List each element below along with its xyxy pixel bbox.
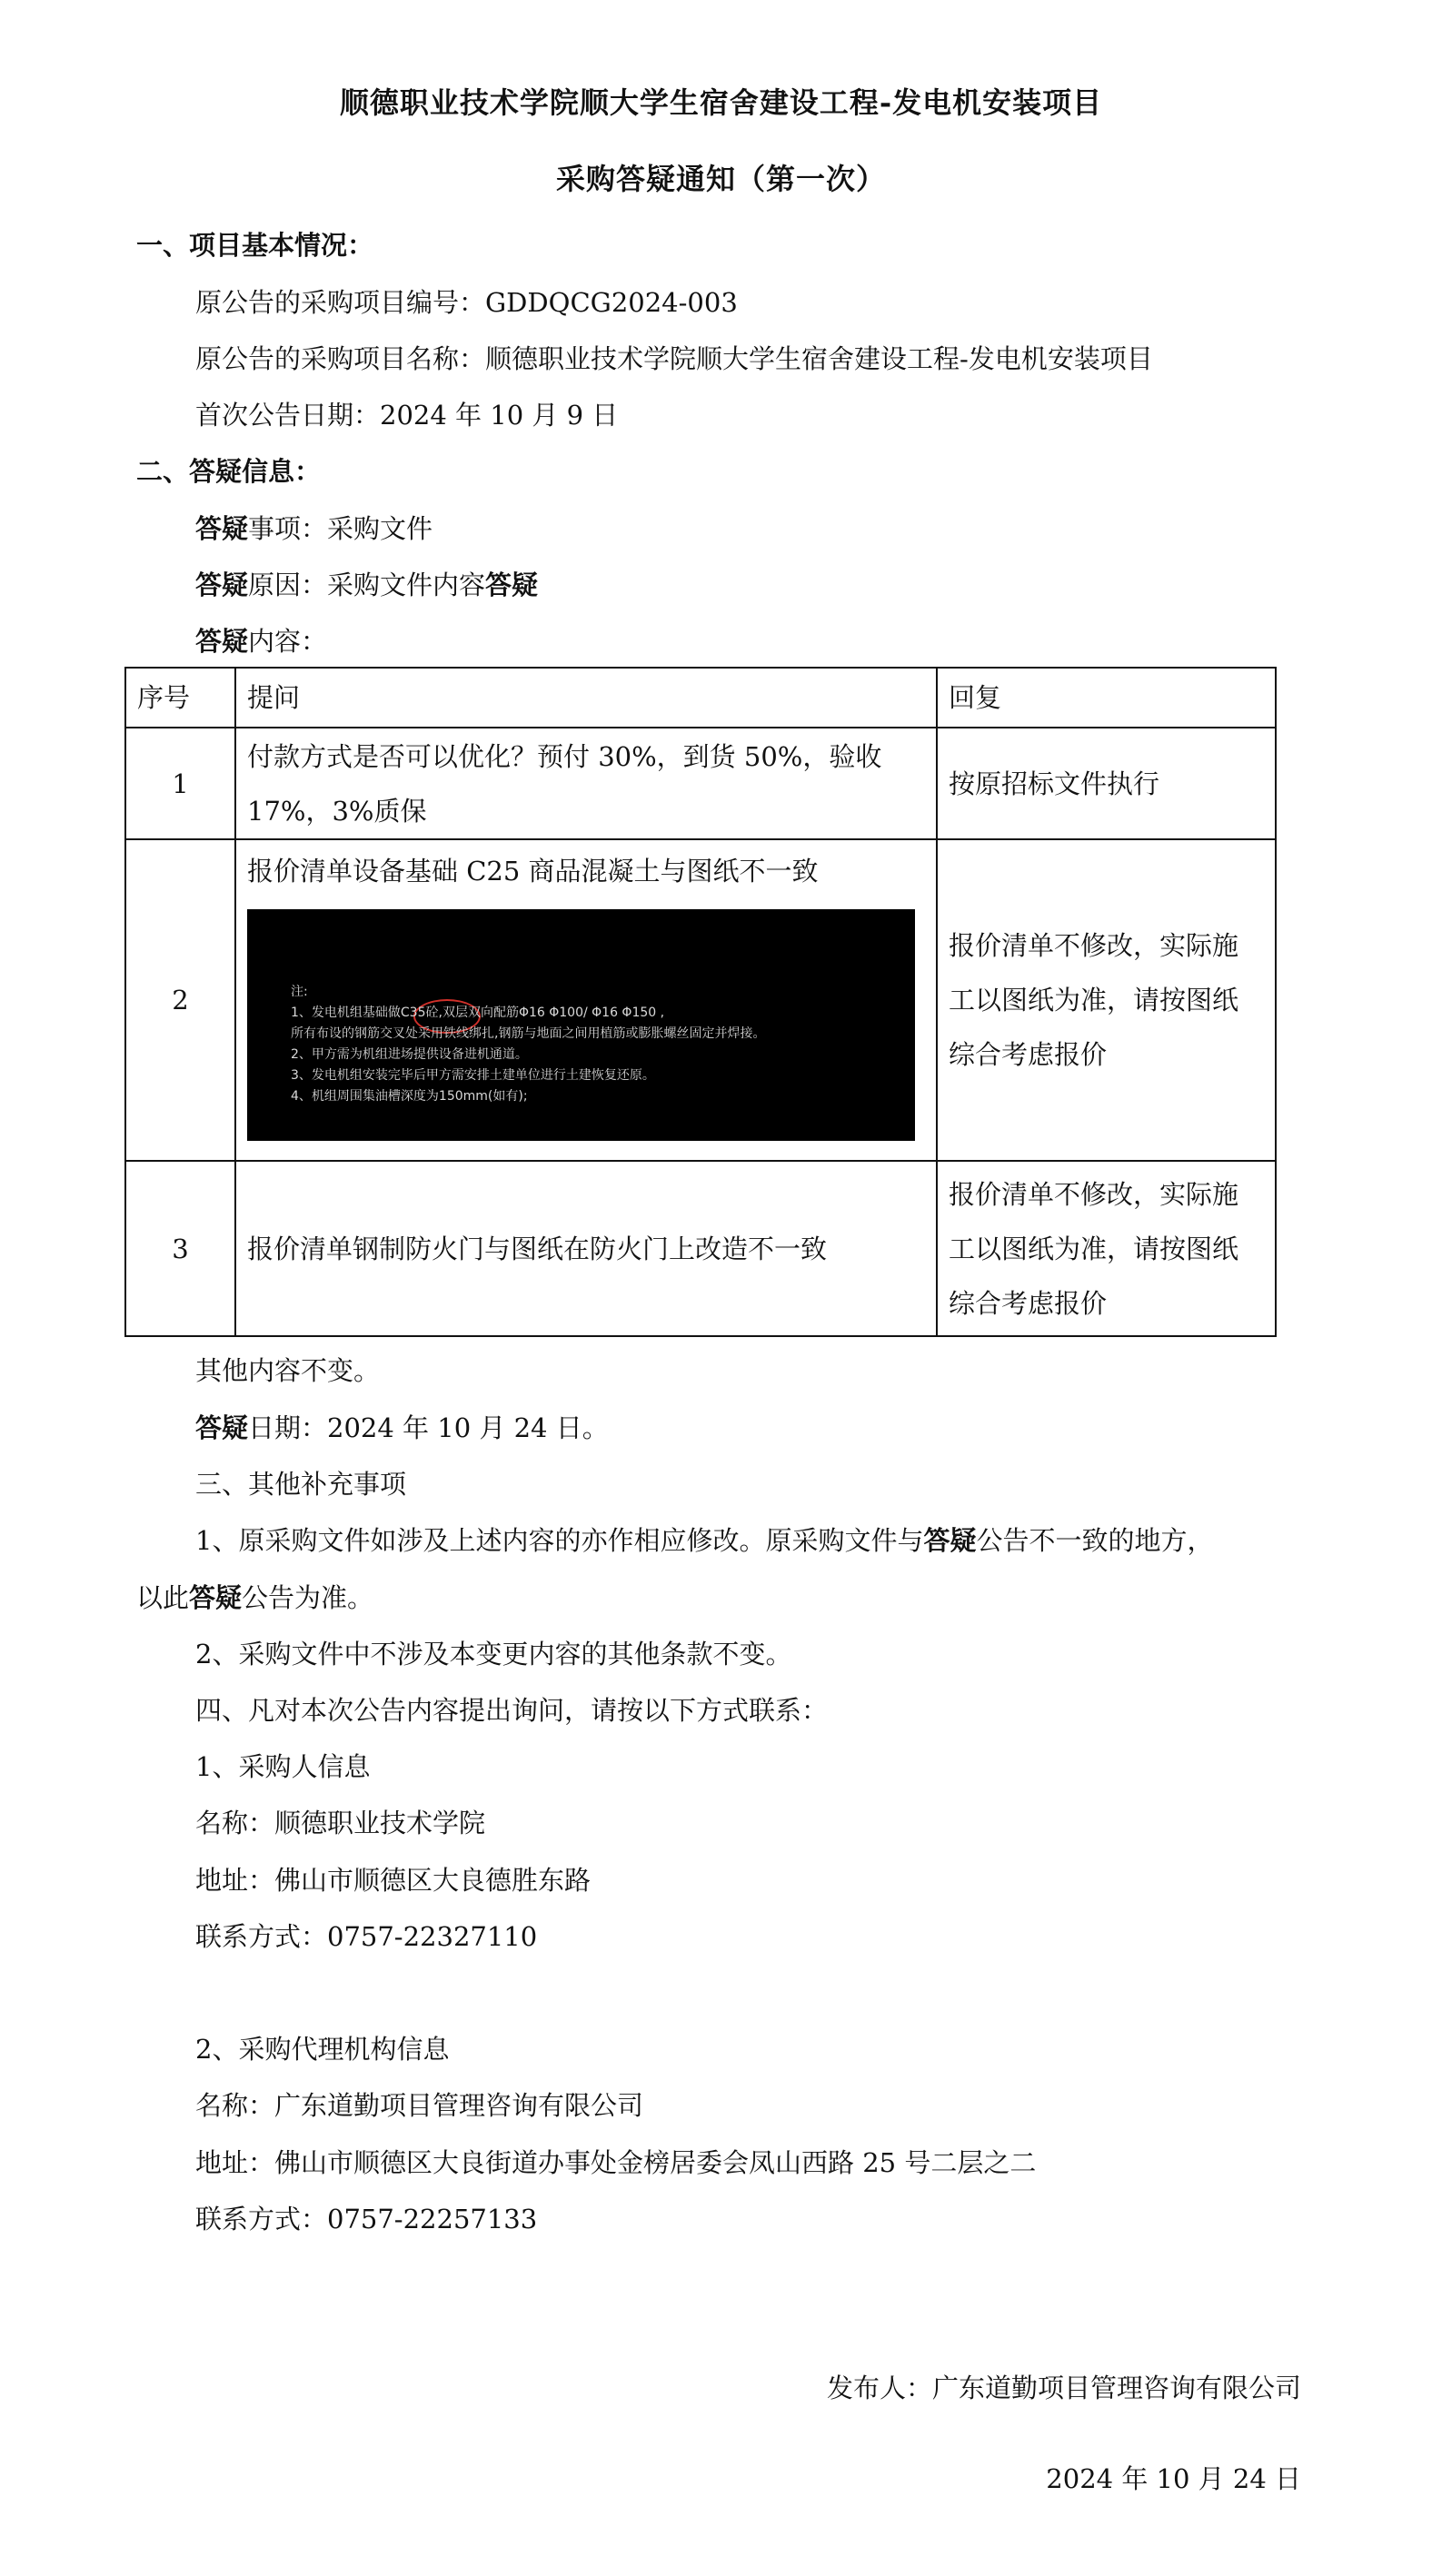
project-number-line: 原公告的采购项目编号：GDDQCG2024-003 bbox=[195, 282, 738, 320]
drawing-note-line: 所有布设的钢筋交叉处采用铁线绑扎,钢筋与地面之间用植筋或膨胀螺丝固定并焊接。 bbox=[291, 1024, 765, 1045]
qa-reason-label: 原因： bbox=[248, 570, 327, 600]
qa-date-value: 日期：2024 年 10 月 24 日。 bbox=[248, 1412, 609, 1443]
project-number-label: 原公告的采购项目编号： bbox=[195, 287, 485, 318]
header-no: 序号 bbox=[125, 668, 235, 728]
table-row: 3 报价清单钢制防火门与图纸在防火门上改造不一致 报价清单不修改，实际施工以图纸… bbox=[125, 1161, 1276, 1336]
drawing-note-line: 2、甲方需为机组进场提供设备进机通道。 bbox=[291, 1045, 765, 1065]
table-header-row: 序号 提问 回复 bbox=[125, 668, 1276, 728]
supplement-text: 1、原采购文件如涉及上述内容的亦作相应修改。原采购文件与 bbox=[195, 1525, 923, 1556]
purchaser-heading: 1、采购人信息 bbox=[195, 1747, 370, 1784]
supplement-item-2: 2、采购文件中不涉及本变更内容的其他条款不变。 bbox=[195, 1634, 791, 1671]
drawing-notes: 注: 1、发电机组基础做C35砼,双层双向配筋Φ16 Φ100/ Φ16 Φ15… bbox=[291, 982, 765, 1107]
project-number-value: GDDQCG2024-003 bbox=[485, 287, 738, 318]
section-2-heading: 二、答疑信息： bbox=[136, 451, 321, 489]
row-question: 报价清单设备基础 C25 商品混凝土与图纸不一致 bbox=[247, 844, 925, 898]
supplement-text: 公告不一致的地方， bbox=[976, 1525, 1213, 1556]
agency-address: 地址：佛山市顺德区大良街道办事处金榜居委会凤山西路 25 号二层之二 bbox=[195, 2143, 1036, 2180]
qa-content-label: 内容： bbox=[248, 626, 327, 657]
purchaser-address: 地址：佛山市顺德区大良德胜东路 bbox=[195, 1860, 591, 1897]
qa-matter-line: 答疑事项：采购文件 bbox=[195, 509, 433, 546]
qa-reason-value: 采购文件内容 bbox=[327, 570, 485, 600]
table-row: 1 付款方式是否可以优化？预付 30%，到货 50%，验收17%，3%质保 按原… bbox=[125, 728, 1276, 839]
drawing-note-line: 3、发电机组安装完毕后甲方需安排土建单位进行土建恢复还原。 bbox=[291, 1065, 765, 1086]
qa-matter-label-bold: 答疑 bbox=[195, 513, 248, 544]
row-answer: 报价清单不修改，实际施工以图纸为准，请按图纸综合考虑报价 bbox=[937, 839, 1276, 1161]
agency-name: 名称：广东道勤项目管理咨询有限公司 bbox=[195, 2086, 643, 2123]
qa-matter-label: 事项： bbox=[248, 513, 327, 544]
table-row: 2 报价清单设备基础 C25 商品混凝土与图纸不一致 注: 1、发电机组基础做C… bbox=[125, 839, 1276, 1161]
supplement-item-1: 1、原采购文件如涉及上述内容的亦作相应修改。原采购文件与答疑公告不一致的地方， bbox=[195, 1521, 1213, 1558]
qa-content-label-bold: 答疑 bbox=[195, 626, 248, 657]
document-subtitle: 采购答疑通知（第一次） bbox=[0, 156, 1442, 198]
project-name-label: 原公告的采购项目名称： bbox=[195, 343, 485, 374]
qa-matter-value: 采购文件 bbox=[327, 513, 433, 544]
supplement-item-1-cont: 以此答疑公告为准。 bbox=[136, 1578, 373, 1615]
header-question: 提问 bbox=[235, 668, 937, 728]
section-4-heading: 四、凡对本次公告内容提出询问，请按以下方式联系： bbox=[195, 1690, 828, 1728]
row-no: 1 bbox=[125, 728, 235, 839]
row-question: 付款方式是否可以优化？预付 30%，到货 50%，验收17%，3%质保 bbox=[235, 728, 937, 839]
first-date-label: 首次公告日期： bbox=[195, 400, 380, 431]
qa-date-label-bold: 答疑 bbox=[195, 1412, 248, 1443]
qa-content-line: 答疑内容： bbox=[195, 621, 327, 659]
supplement-text: 公告为准。 bbox=[242, 1582, 373, 1613]
publisher: 发布人：广东道勤项目管理咨询有限公司 bbox=[827, 2368, 1301, 2405]
qa-date-line: 答疑日期：2024 年 10 月 24 日。 bbox=[195, 1408, 609, 1445]
agency-heading: 2、采购代理机构信息 bbox=[195, 2029, 449, 2066]
agency-contact: 联系方式：0757-22257133 bbox=[195, 2199, 537, 2236]
drawing-note-line: 4、机组周围集油槽深度为150mm(如有); bbox=[291, 1086, 765, 1107]
row-question: 报价清单钢制防火门与图纸在防火门上改造不一致 bbox=[235, 1161, 937, 1336]
supplement-bold: 答疑 bbox=[189, 1582, 242, 1613]
row-answer: 按原招标文件执行 bbox=[937, 728, 1276, 839]
qa-reason-label-bold: 答疑 bbox=[195, 570, 248, 600]
supplement-text: 以此 bbox=[136, 1582, 189, 1613]
first-date-value: 2024 年 10 月 9 日 bbox=[380, 400, 618, 431]
project-name-line: 原公告的采购项目名称：顺德职业技术学院顺大学生宿舍建设工程-发电机安装项目 bbox=[195, 339, 1153, 376]
row-no: 2 bbox=[125, 839, 235, 1161]
project-name-value: 顺德职业技术学院顺大学生宿舍建设工程-发电机安装项目 bbox=[485, 343, 1153, 374]
header-answer: 回复 bbox=[937, 668, 1276, 728]
publish-date: 2024 年 10 月 24 日 bbox=[1046, 2459, 1301, 2496]
qa-table: 序号 提问 回复 1 付款方式是否可以优化？预付 30%，到货 50%，验收17… bbox=[124, 667, 1277, 1337]
cad-drawing-screenshot: 注: 1、发电机组基础做C35砼,双层双向配筋Φ16 Φ100/ Φ16 Φ15… bbox=[247, 909, 915, 1141]
drawing-note-line: 1、发电机组基础做C35砼,双层双向配筋Φ16 Φ100/ Φ16 Φ150 , bbox=[291, 1003, 765, 1024]
purchaser-name: 名称：顺德职业技术学院 bbox=[195, 1803, 485, 1840]
row-no: 3 bbox=[125, 1161, 235, 1336]
row-question-cell: 报价清单设备基础 C25 商品混凝土与图纸不一致 注: 1、发电机组基础做C35… bbox=[235, 839, 937, 1161]
purchaser-contact: 联系方式：0757-22327110 bbox=[195, 1917, 537, 1954]
drawing-note-line: 注: bbox=[291, 982, 765, 1003]
row-answer: 报价清单不修改，实际施工以图纸为准，请按图纸综合考虑报价 bbox=[937, 1161, 1276, 1336]
section-1-heading: 一、项目基本情况： bbox=[136, 225, 373, 263]
section-3-heading: 三、其他补充事项 bbox=[195, 1464, 406, 1501]
document-title: 顺德职业技术学院顺大学生宿舍建设工程-发电机安装项目 bbox=[0, 80, 1442, 122]
supplement-bold: 答疑 bbox=[923, 1525, 976, 1556]
qa-reason-value-bold: 答疑 bbox=[485, 570, 538, 600]
first-announcement-date-line: 首次公告日期：2024 年 10 月 9 日 bbox=[195, 395, 618, 432]
other-content-unchanged: 其他内容不变。 bbox=[195, 1351, 380, 1388]
qa-reason-line: 答疑原因：采购文件内容答疑 bbox=[195, 565, 538, 602]
